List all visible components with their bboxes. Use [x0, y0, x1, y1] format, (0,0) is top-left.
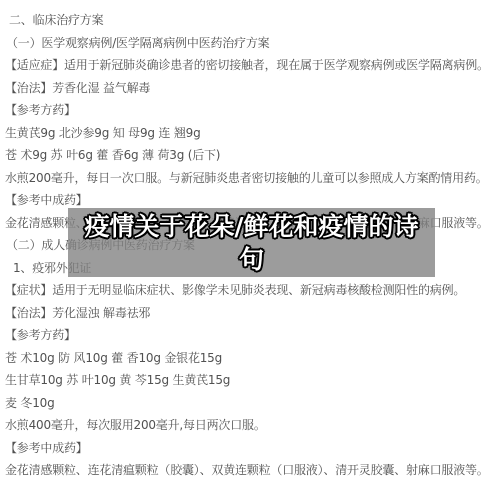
treatment-method-line-1: 【治法】芳香化湿 益气解毒	[0, 77, 500, 100]
reference-prescription-header-2: 【参考方药】	[0, 324, 500, 347]
watermark-overlay: 疫情关于花朵/鲜花和疫情的诗 句	[68, 208, 435, 277]
symptoms-line: 【症状】适用于无明显临床症状、影像学未见肺炎表现、新冠病毒核酸检测阳性的病例。	[0, 279, 500, 302]
reference-prescription-header-1: 【参考方药】	[0, 99, 500, 122]
herb-line-2: 苍 术9g 苏 叶6g 藿 香6g 薄 荷3g (后下)	[0, 144, 500, 167]
section-title: 二、临床治疗方案	[0, 9, 500, 32]
herb-line-1: 生黄芪9g 北沙参9g 知 母9g 连 翘9g	[0, 122, 500, 145]
patent-medicine-list-2: 金花清感颗粒、连花清瘟颗粒（胶囊）、双黄连颗粒（口服液）、清开灵胶囊、射麻口服液…	[0, 459, 500, 482]
watermark-title-line-2: 句	[239, 243, 264, 276]
herb-line-4: 生甘草10g 苏 叶10g 黄 芩15g 生黄芪15g	[0, 369, 500, 392]
subsection-1-title: （一）医学观察病例/医学隔离病例中医药治疗方案	[0, 32, 500, 55]
decoction-instruction-1: 水煎200毫升，每日一次口服。与新冠肺炎患者密切接触的儿童可以参照成人方案酌情用…	[0, 167, 500, 190]
treatment-method-line-2: 【治法】芳化湿浊 解毒祛邪	[0, 302, 500, 325]
watermark-title-line-1: 疫情关于花朵/鲜花和疫情的诗	[84, 210, 418, 243]
indication-line: 【适应症】适用于新冠肺炎确诊患者的密切接触者，现在属于医学观察病例或医学隔离病例…	[0, 54, 500, 77]
herb-line-5: 麦 冬10g	[0, 392, 500, 415]
decoction-instruction-2: 水煎400毫升，每次服用200毫升,每日两次口服。	[0, 414, 500, 437]
patent-medicine-header-2: 【参考中成药】	[0, 437, 500, 460]
herb-line-3: 苍 术10g 防 风10g 藿 香10g 金银花15g	[0, 347, 500, 370]
